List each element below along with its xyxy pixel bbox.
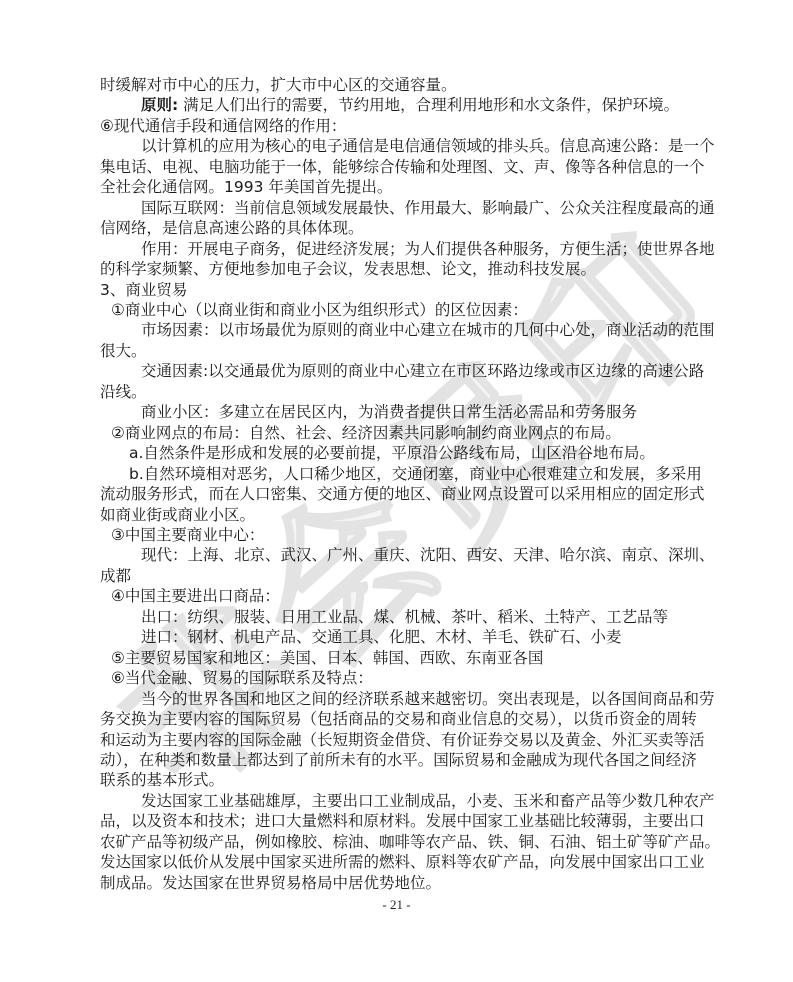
text-line: ⑥当代金融、贸易的国际联系及特点： [100,668,700,688]
text-line: 出口：纺织、服装、日用工业品、煤、机械、茶叶、稻米、土特产、工艺品等 [100,607,700,627]
text-line: ③中国主要商业中心： [100,525,700,545]
text-line: ④中国主要进出口商品： [100,586,700,606]
text-line: 集电话、电视、电脑功能于一体，能够综合传输和处理图、文、声、像等各种信息的一个 [100,157,700,177]
document-page: 非会员印 时缓解对市中心的压力，扩大市中心区的交通容量。原则: 满足人们出行的需… [0,0,793,982]
text-line: 原则: 满足人们出行的需要，节约用地，合理利用地形和水文条件，保护环境。 [100,95,700,115]
text-line: 的科学家频繁、方便地参加电子会议，发表思想、论文，推动科技发展。 [100,259,700,279]
text-line: 全社会化通信网。1993 年美国首先提出。 [100,177,700,197]
text-line: 如商业街或商业小区。 [100,505,700,525]
text-line: 沿线。 [100,382,700,402]
text-line: 发达国家工业基础雄厚，主要出口工业制成品，小麦、玉米和畜产品等少数几种农产 [100,791,700,811]
text-line: 发达国家以低价从发展中国家买进所需的燃料、原料等农矿产品，向发展中国家出口工业 [100,852,700,872]
text-line: 以计算机的应用为核心的电子通信是电信通信领域的排头兵。信息高速公路：是一个 [100,136,700,156]
text-line: 务交换为主要内容的国际贸易（包括商品的交易和商业信息的交易），以货币资金的周转 [100,709,700,729]
text-line: 流动服务形式，而在人口密集、交通方便的地区、商业网点设置可以采用相应的固定形式 [100,484,700,504]
text-line: b.自然环境相对恶劣，人口稀少地区，交通闭塞，商业中心很难建立和发展，多采用 [100,464,700,484]
text-line: ⑤主要贸易国家和地区：美国、日本、韩国、西欧、东南亚各国 [100,648,700,668]
text-line: 3、商业贸易 [100,280,700,300]
text-line: 联系的基本形式。 [100,770,700,790]
text-line: a.自然条件是形成和发展的必要前提，平原沿公路线布局，山区沿谷地布局。 [100,443,700,463]
text-line: 现代：上海、北京、武汉、广州、重庆、沈阳、西安、天津、哈尔滨、南京、深圳、 [100,545,700,565]
page-number: - 21 - [0,897,793,913]
text-line: 动），在种类和数量上都达到了前所未有的水平。国际贸易和金融成为现代各国之间经济 [100,750,700,770]
text-line: 交通因素:以交通最优为原则的商业中心建立在市区环路边缘或市区边缘的高速公路 [100,361,700,381]
text-line: ①商业中心（以商业街和商业小区为组织形式）的区位因素： [100,300,700,320]
text-line: 市场因素：以市场最优为原则的商业中心建立在城市的几何中心处，商业活动的范围 [100,320,700,340]
text-line: 进口：钢材、机电产品、交通工具、化肥、木材、羊毛、铁矿石、小麦 [100,627,700,647]
text-line: 商业小区：多建立在居民区内，为消费者提供日常生活必需品和劳务服务 [100,402,700,422]
text-line: 作用：开展电子商务，促进经济发展；为人们提供各种服务，方便生活；使世界各地 [100,239,700,259]
text-line: 很大。 [100,341,700,361]
text-line: 品，以及资本和技术；进口大量燃料和原材料。发展中国家工业基础比较薄弱，主要出口 [100,811,700,831]
text-line: 时缓解对市中心的压力，扩大市中心区的交通容量。 [100,75,700,95]
document-body-text: 时缓解对市中心的压力，扩大市中心区的交通容量。原则: 满足人们出行的需要，节约用… [100,75,700,893]
text-line: ⑥现代通信手段和通信网络的作用： [100,116,700,136]
text-line: ②商业网点的布局：自然、社会、经济因素共同影响制约商业网点的布局。 [100,423,700,443]
text-line: 农矿产品等初级产品，例如橡胶、棕油、咖啡等农产品、铁、铜、石油、铝土矿等矿产品。 [100,832,700,852]
text-line: 当今的世界各国和地区之间的经济联系越来越密切。突出表现是，以各国间商品和劳 [100,689,700,709]
text-line: 国际互联网：当前信息领域发展最快、作用最大、影响最广、公众关注程度最高的通 [100,198,700,218]
text-line: 成都 [100,566,700,586]
text-line: 制成品。发达国家在世界贸易格局中居优势地位。 [100,873,700,893]
text-line: 信网络，是信息高速公路的具体体现。 [100,218,700,238]
text-line: 和运动为主要内容的国际金融（长短期资金借贷、有价证券交易以及黄金、外汇买卖等活 [100,730,700,750]
